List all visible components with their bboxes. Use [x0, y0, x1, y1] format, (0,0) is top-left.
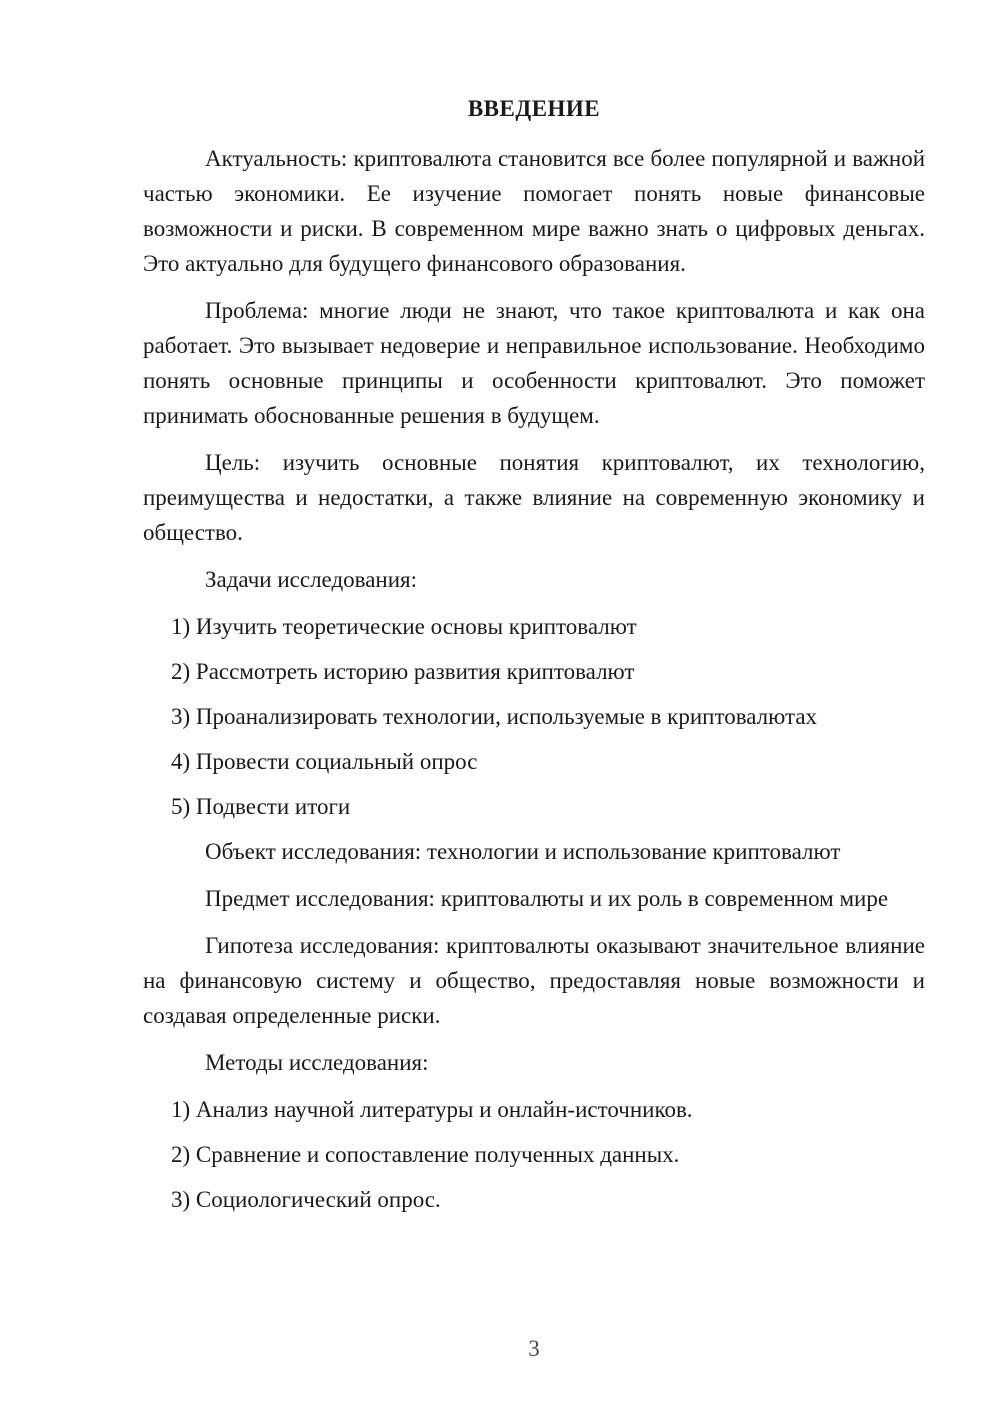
tasks-heading: Задачи исследования:: [143, 562, 925, 597]
paragraph-problem: Проблема: многие люди не знают, что тако…: [143, 293, 925, 433]
page-title: ВВЕДЕНИЕ: [143, 91, 925, 126]
method-item: 1) Анализ научной литературы и онлайн-ис…: [171, 1092, 925, 1127]
paragraph-relevance: Актуальность: криптовалюта становится вс…: [143, 141, 925, 281]
methods-heading: Методы исследования:: [143, 1045, 925, 1080]
paragraph-subject: Предмет исследования: криптовалюты и их …: [143, 881, 925, 916]
method-item: 3) Социологический опрос.: [171, 1182, 925, 1217]
task-item: 2) Рассмотреть историю развития криптова…: [171, 654, 925, 689]
task-item: 4) Провести социальный опрос: [171, 744, 925, 779]
document-content: ВВЕДЕНИЕ Актуальность: криптовалюта стан…: [143, 91, 925, 1227]
document-page: ВВЕДЕНИЕ Актуальность: криптовалюта стан…: [0, 0, 1000, 1414]
task-item: 5) Подвести итоги: [171, 789, 925, 824]
paragraph-hypothesis: Гипотеза исследования: криптовалюты оказ…: [143, 928, 925, 1033]
task-item: 1) Изучить теоретические основы криптова…: [171, 609, 925, 644]
paragraph-object: Объект исследования: технологии и исполь…: [143, 834, 925, 869]
method-item: 2) Сравнение и сопоставление полученных …: [171, 1137, 925, 1172]
paragraph-goal: Цель: изучить основные понятия криптовал…: [143, 445, 925, 550]
page-number: 3: [143, 1331, 925, 1366]
task-item: 3) Проанализировать технологии, использу…: [171, 699, 925, 734]
